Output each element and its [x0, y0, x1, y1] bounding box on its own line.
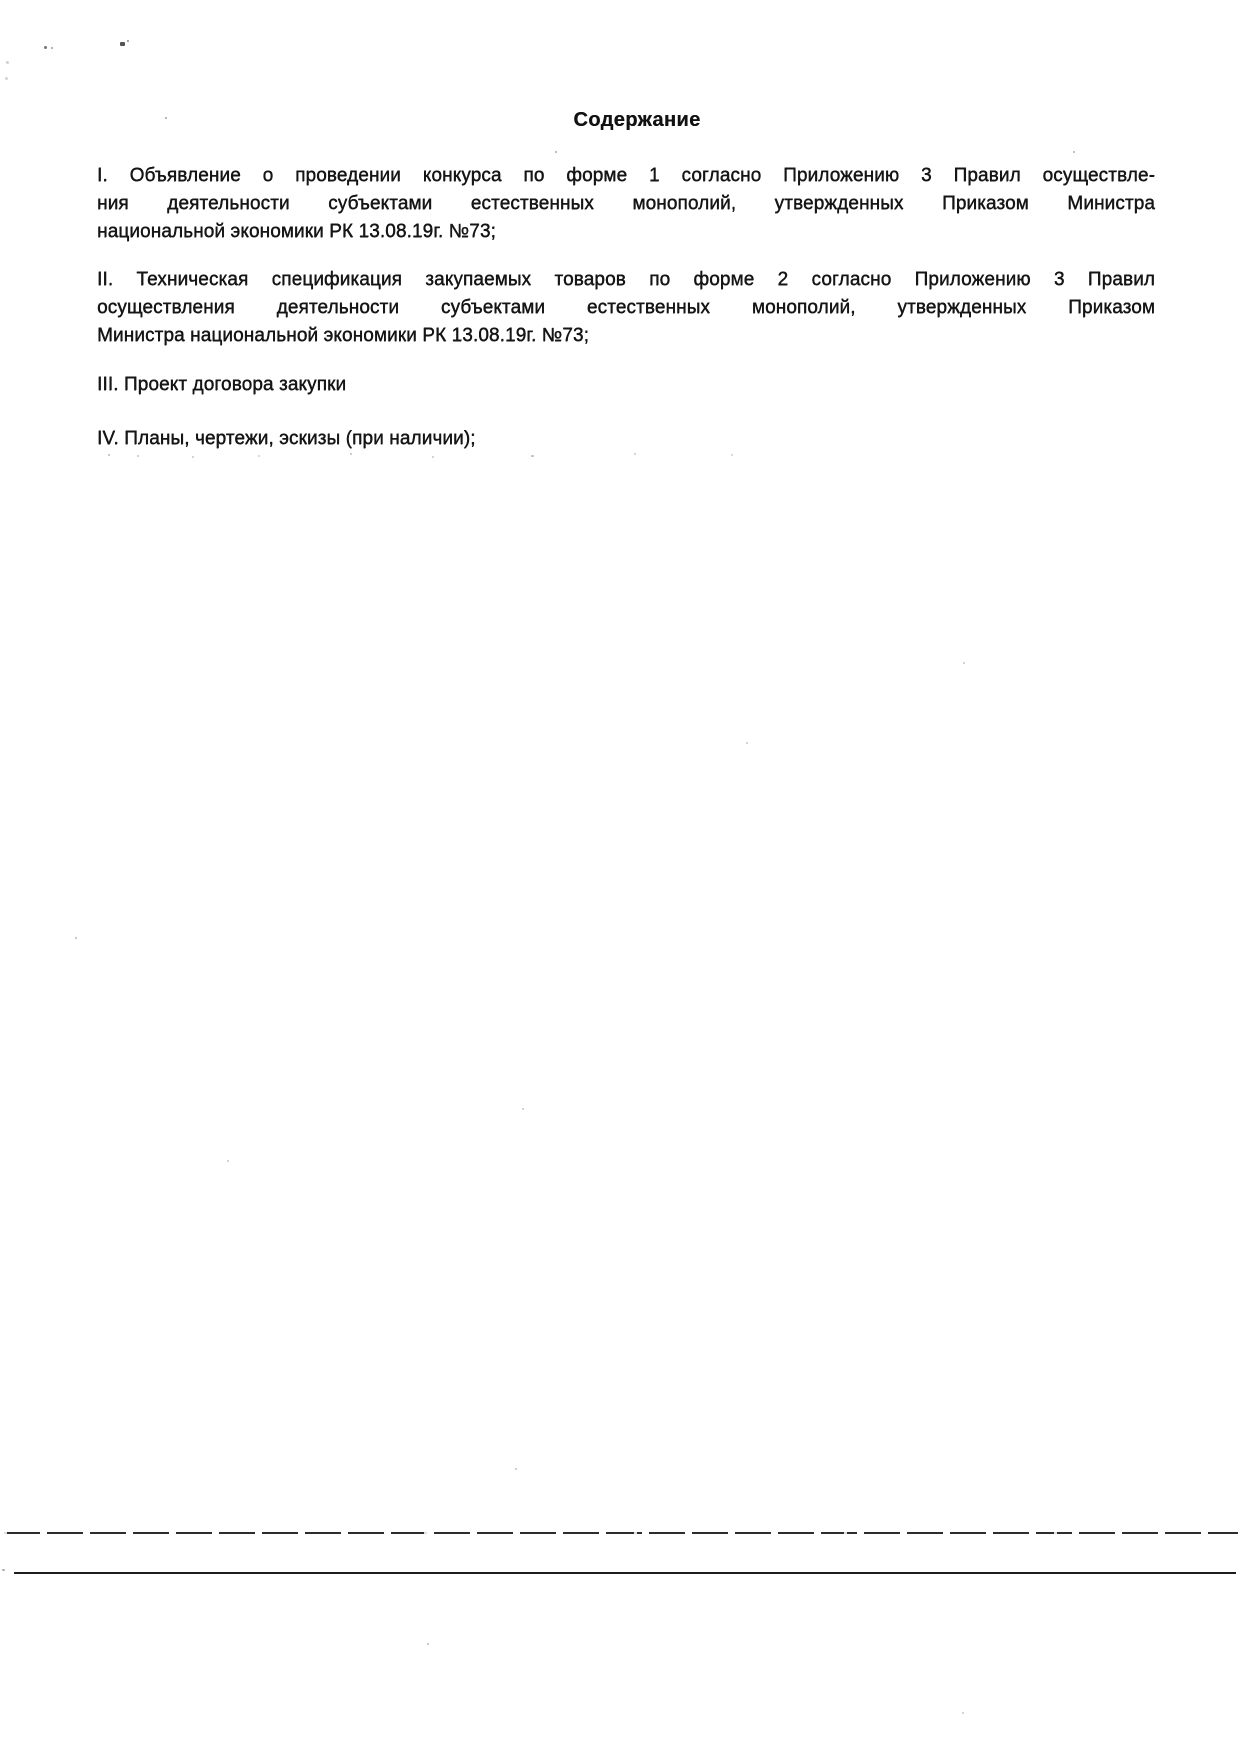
scan-speck	[555, 151, 557, 153]
toc-item-3-line-1: III. Проект договора закупки	[97, 371, 1155, 399]
separator-solid-line	[14, 1572, 1236, 1574]
scan-speck	[127, 40, 129, 42]
scan-speck	[258, 455, 260, 457]
scan-speck	[2, 1569, 5, 1571]
toc-item-3: III. Проект договора закупки	[97, 371, 1155, 399]
toc-item-1: I. Объявление о проведении конкурса по ф…	[97, 162, 1155, 246]
toc-item-2: II. Техническая спецификация закупаемых …	[97, 266, 1155, 350]
scan-speck	[350, 453, 352, 455]
toc-item-1-line-3: национальной экономики РК 13.08.19г. №73…	[97, 218, 1155, 246]
toc-item-4: IV. Планы, чертежи, эскизы (при наличии)…	[97, 425, 1155, 453]
scan-speck	[962, 1712, 964, 1714]
scan-speck	[108, 454, 110, 456]
toc-item-2-line-2: осуществления деятельности субъектами ес…	[97, 294, 1155, 322]
scan-speck	[963, 662, 965, 664]
scan-speck	[192, 456, 194, 458]
scan-speck	[634, 453, 636, 455]
separator-dashed-line	[4, 1532, 1238, 1534]
scan-speck	[227, 1160, 229, 1162]
toc-item-2-line-1: II. Техническая спецификация закупаемых …	[97, 266, 1155, 294]
scan-speck	[432, 456, 434, 458]
scan-speck	[515, 1468, 517, 1470]
toc-item-4-line-1: IV. Планы, чертежи, эскизы (при наличии)…	[97, 425, 1155, 453]
scan-speck	[731, 454, 733, 456]
scan-speck	[75, 937, 77, 939]
scan-speck	[137, 455, 139, 457]
scan-speck	[6, 61, 9, 64]
scan-speck	[120, 42, 125, 46]
toc-item-2-line-3: Министра национальной экономики РК 13.08…	[97, 322, 1155, 350]
scan-speck	[427, 1643, 429, 1645]
scan-speck	[165, 117, 167, 119]
scan-speck	[522, 1108, 524, 1110]
scan-speck	[746, 742, 748, 744]
page-title: Содержание	[97, 108, 1155, 132]
scan-speck	[531, 455, 534, 457]
toc-item-1-line-1: I. Объявление о проведении конкурса по ф…	[97, 162, 1155, 190]
scan-speck	[1073, 151, 1075, 153]
toc-item-1-line-2: ния деятельности субъектами естественных…	[97, 190, 1155, 218]
scan-speck	[51, 47, 53, 49]
scanned-document-page: Содержание I. Объявление о проведении ко…	[0, 0, 1240, 1754]
scan-speck	[5, 77, 8, 80]
scan-speck	[44, 46, 47, 49]
document-content: Содержание I. Объявление о проведении ко…	[97, 0, 1155, 453]
